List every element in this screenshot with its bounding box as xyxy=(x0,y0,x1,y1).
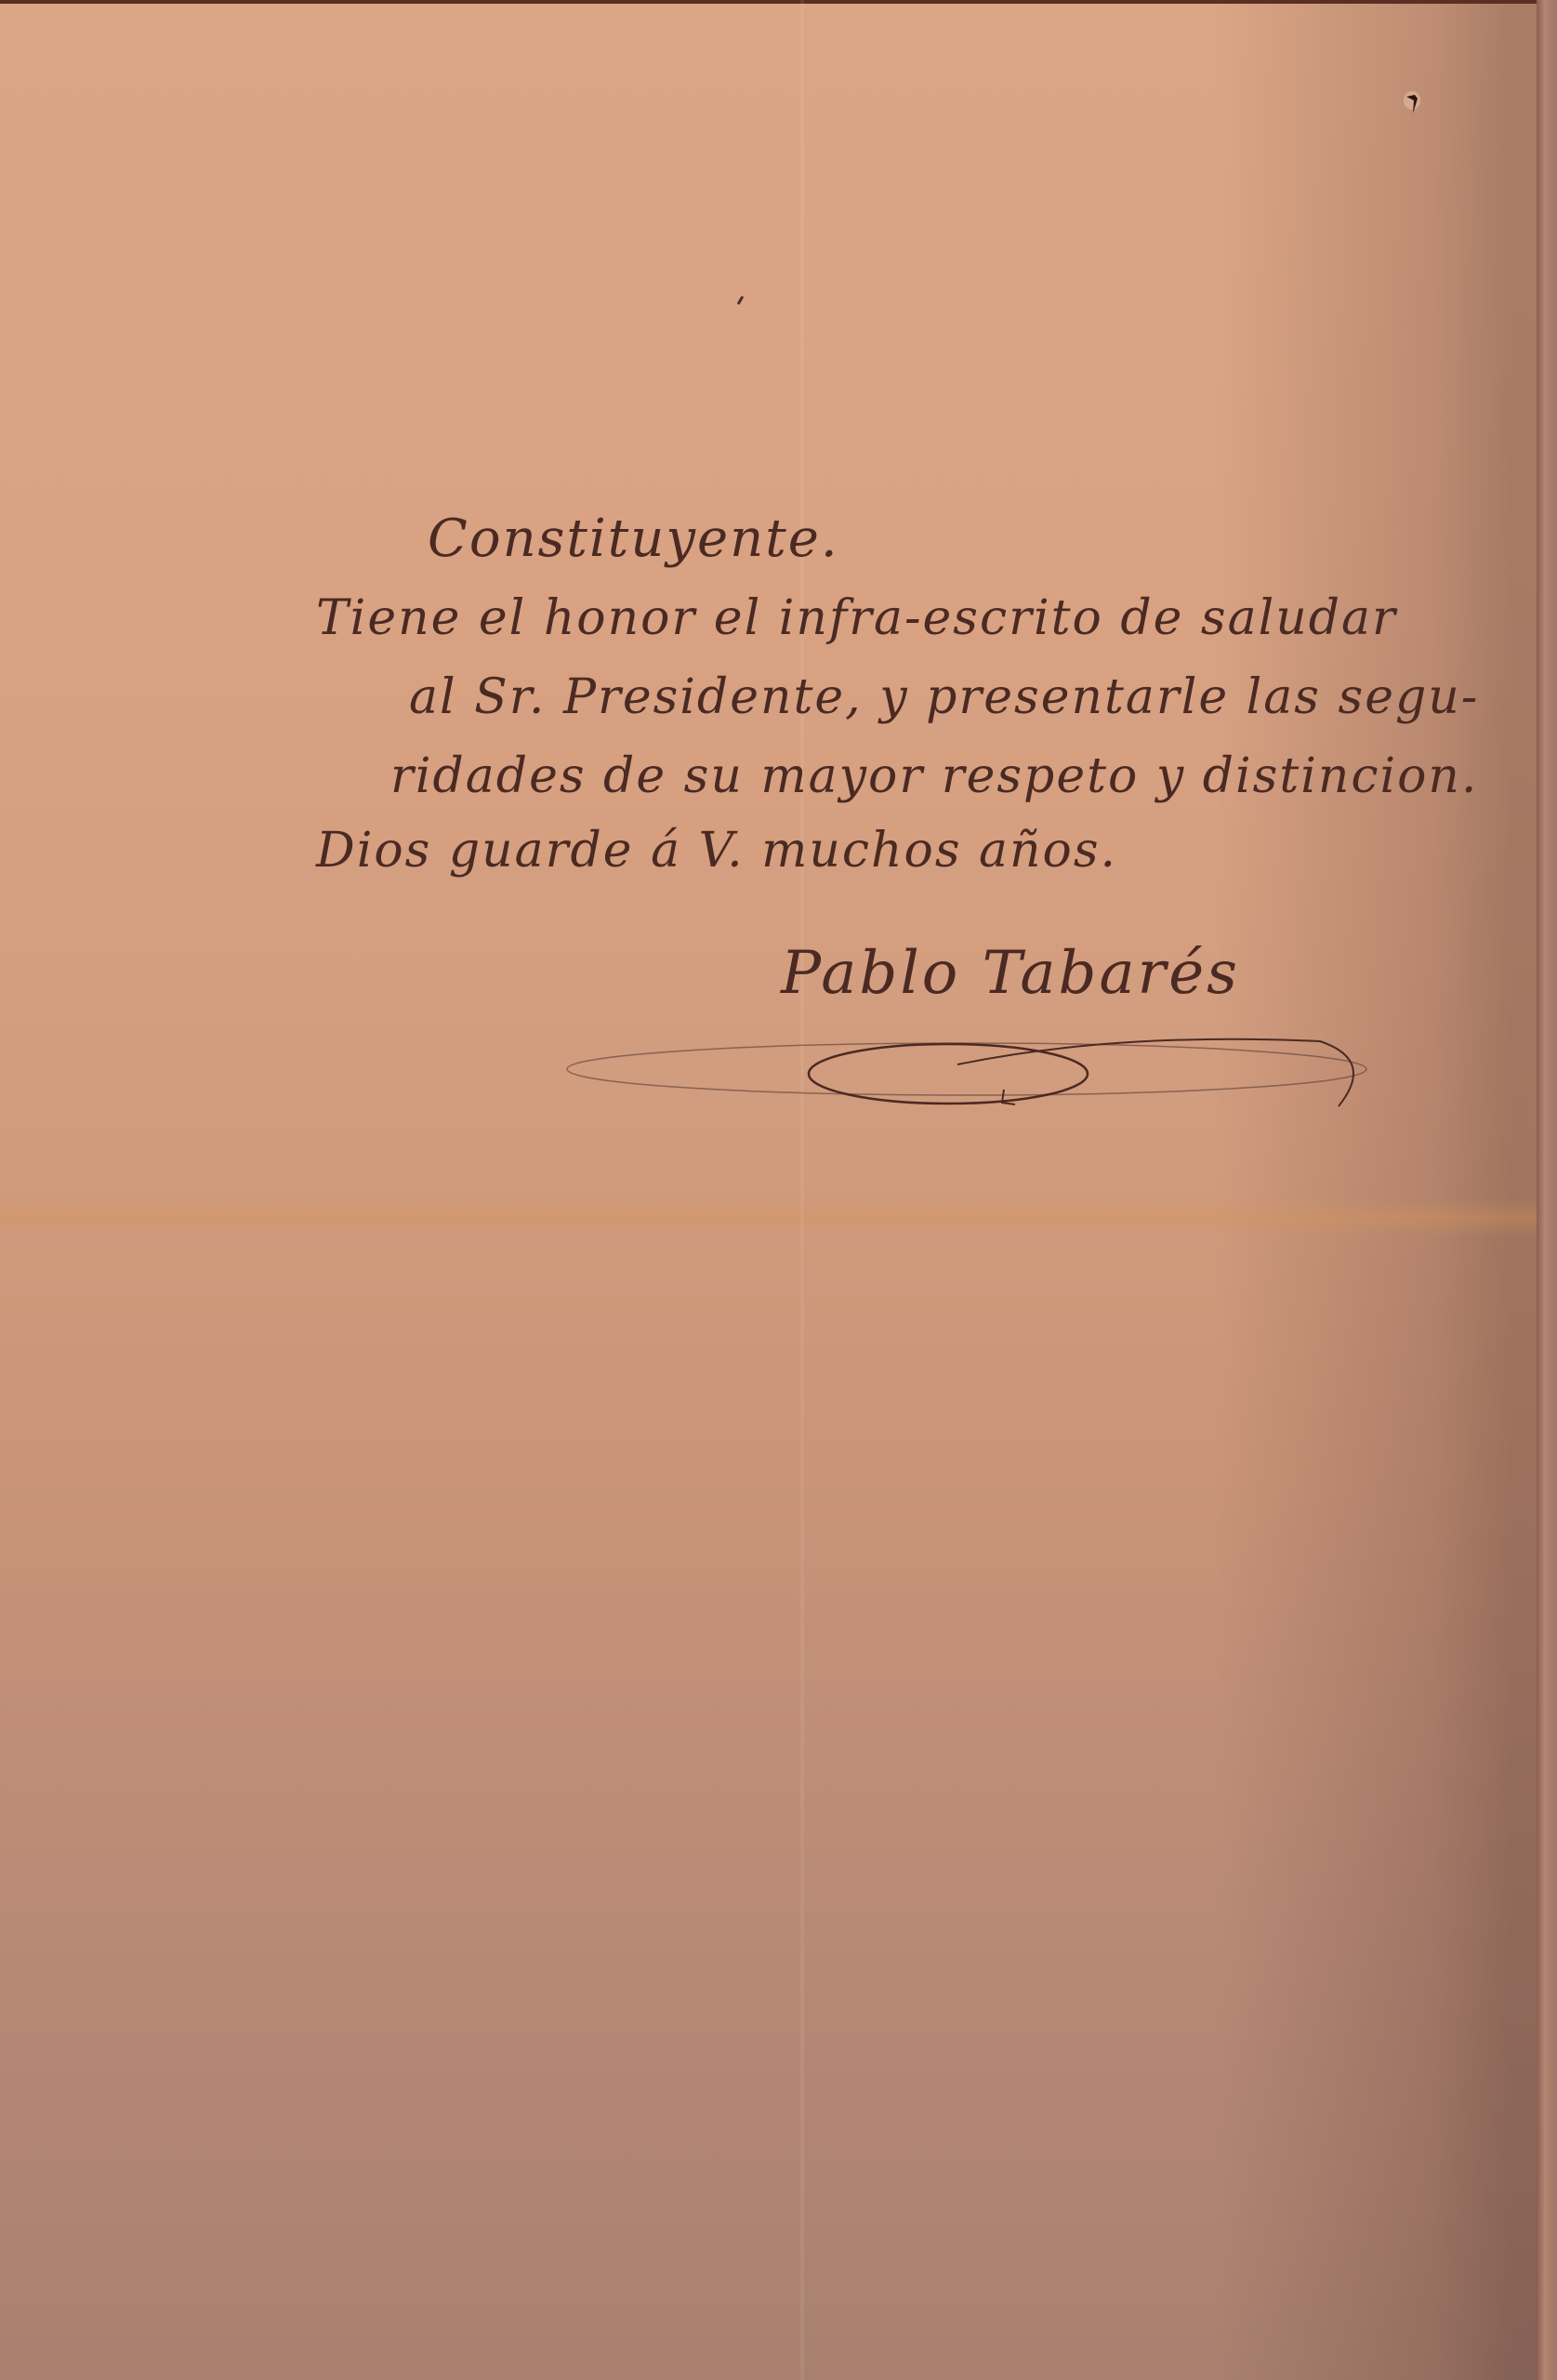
paper-tear-icon xyxy=(1404,89,1424,117)
page-right-edge xyxy=(1537,0,1557,2380)
letter-line: ridades de su mayor respeto y distincion… xyxy=(390,748,1478,804)
letter-line: Dios guarde á V. muchos años. xyxy=(316,823,1117,879)
letter-line: al Sr. Presidente, y presentarle las seg… xyxy=(409,669,1479,725)
page-top-edge xyxy=(0,0,1557,4)
horizontal-fold-crease xyxy=(0,1199,1537,1236)
ink-speck xyxy=(737,296,745,305)
letter-heading: Constituyente. xyxy=(428,511,839,567)
vertical-fold-crease xyxy=(799,0,805,2380)
signature-flourish-icon xyxy=(558,1023,1376,1125)
document-page: Constituyente. Tiene el honor el infra-e… xyxy=(0,0,1557,2380)
letter-line: Tiene el honor el infra-escrito de salud… xyxy=(316,590,1397,646)
signature: Pablo Tabarés xyxy=(781,939,1240,1008)
